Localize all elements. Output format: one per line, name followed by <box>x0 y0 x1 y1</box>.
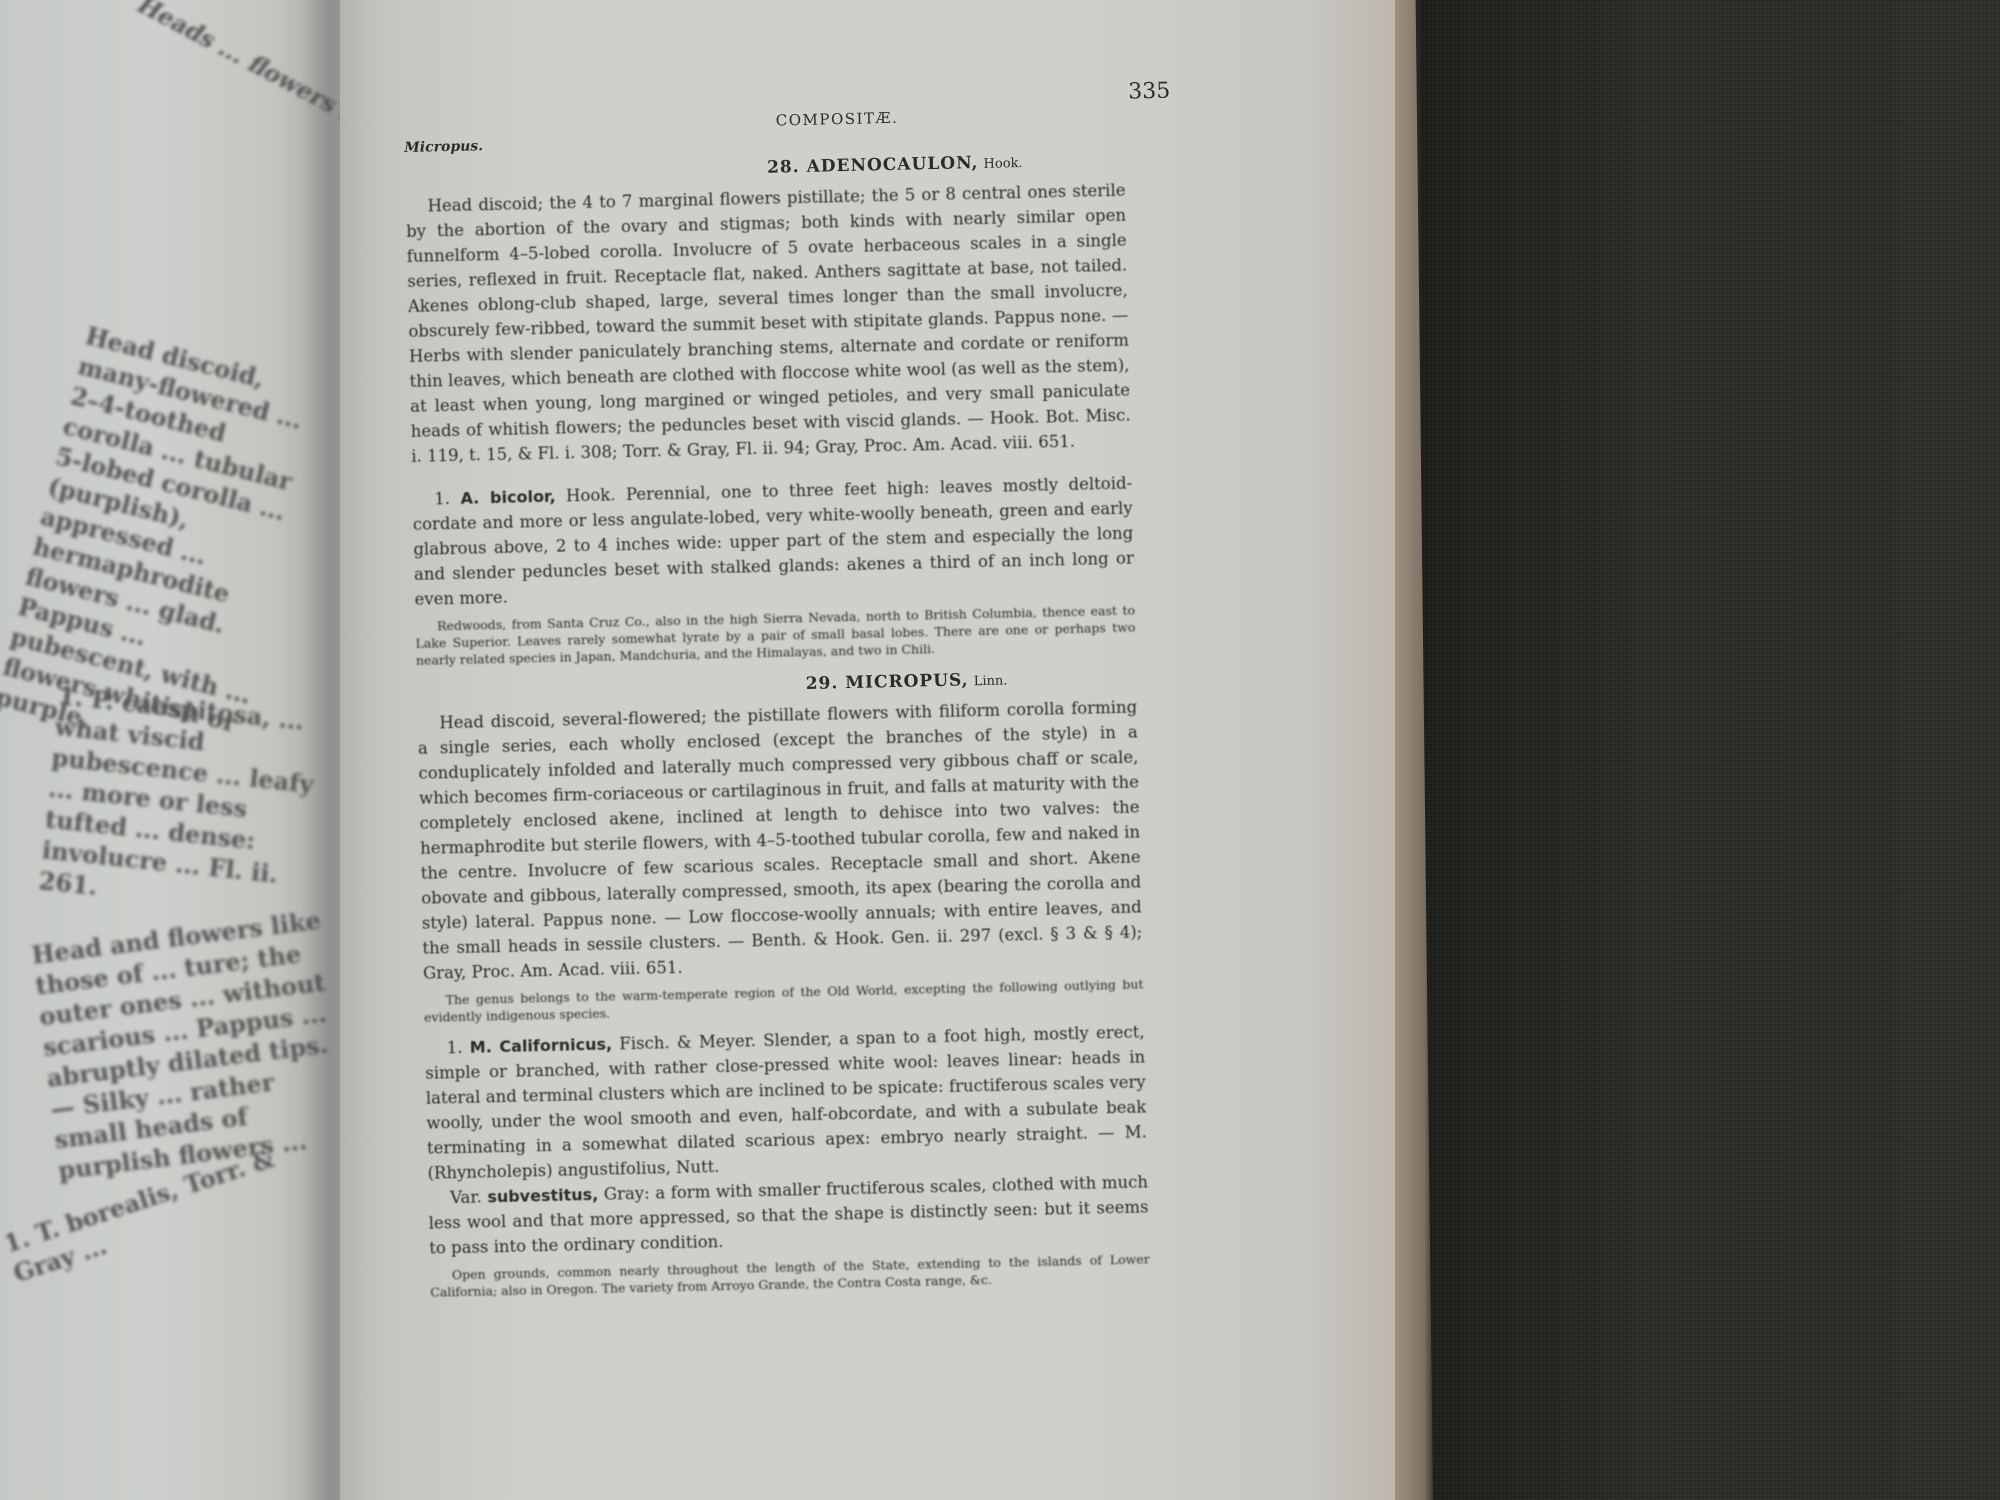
genus-name: 28. ADENOCAULON, <box>767 153 979 178</box>
left-page: Heads ... flowers ... Leaves alternate, … <box>0 0 340 1500</box>
species-number: 1. <box>434 489 450 508</box>
species-name: M. Californicus, <box>470 1035 613 1057</box>
running-head-center: COMPOSITÆ. <box>776 109 899 130</box>
species-name: A. bicolor, <box>460 487 555 508</box>
gutter-shadow <box>300 0 340 1500</box>
right-page: Micropus. COMPOSITÆ. 335 28. ADENOCAULON… <box>315 0 1395 1500</box>
species-author: Fisch. & Meyer. <box>619 1031 756 1053</box>
variety-name: subvestitus, <box>487 1185 598 1207</box>
genus-description: Head discoid, several-flowered; the pist… <box>417 695 1143 986</box>
page-content: Micropus. COMPOSITÆ. 335 28. ADENOCAULON… <box>403 66 1470 1304</box>
left-page-text-fragment: 1. P. caespitosa, ... what viscid pubesc… <box>37 680 328 924</box>
species-entry: 1. A. bicolor, Hook. Perennial, one to t… <box>412 471 1135 612</box>
genus-heading-micropus: 29. MICROPUS, Linn. <box>416 661 1396 703</box>
species-note: Redwoods, from Santa Cruz Co., also in t… <box>415 602 1136 669</box>
book-cover <box>1420 0 2000 1500</box>
variety-prefix: Var. <box>450 1188 482 1208</box>
variety-author: Gray: <box>604 1184 650 1204</box>
page-number: 335 <box>1128 79 1171 105</box>
genus-author: Hook. <box>983 156 1022 172</box>
species-number: 1. <box>447 1038 463 1057</box>
variety-entry: Var. subvestitus, Gray: a form with smal… <box>428 1169 1150 1260</box>
variety-text: a form with smaller fructiferous scales,… <box>429 1172 1149 1257</box>
species-entry: 1. M. Californicus, Fisch. & Meyer. Slen… <box>424 1019 1147 1185</box>
species-author: Hook. <box>566 485 616 505</box>
genus-description: Head discoid; the 4 to 7 marginal flower… <box>405 178 1131 469</box>
running-head-left: Micropus. <box>404 138 483 156</box>
genus-author: Linn. <box>974 673 1008 689</box>
genus-name: 29. MICROPUS, <box>805 670 968 694</box>
